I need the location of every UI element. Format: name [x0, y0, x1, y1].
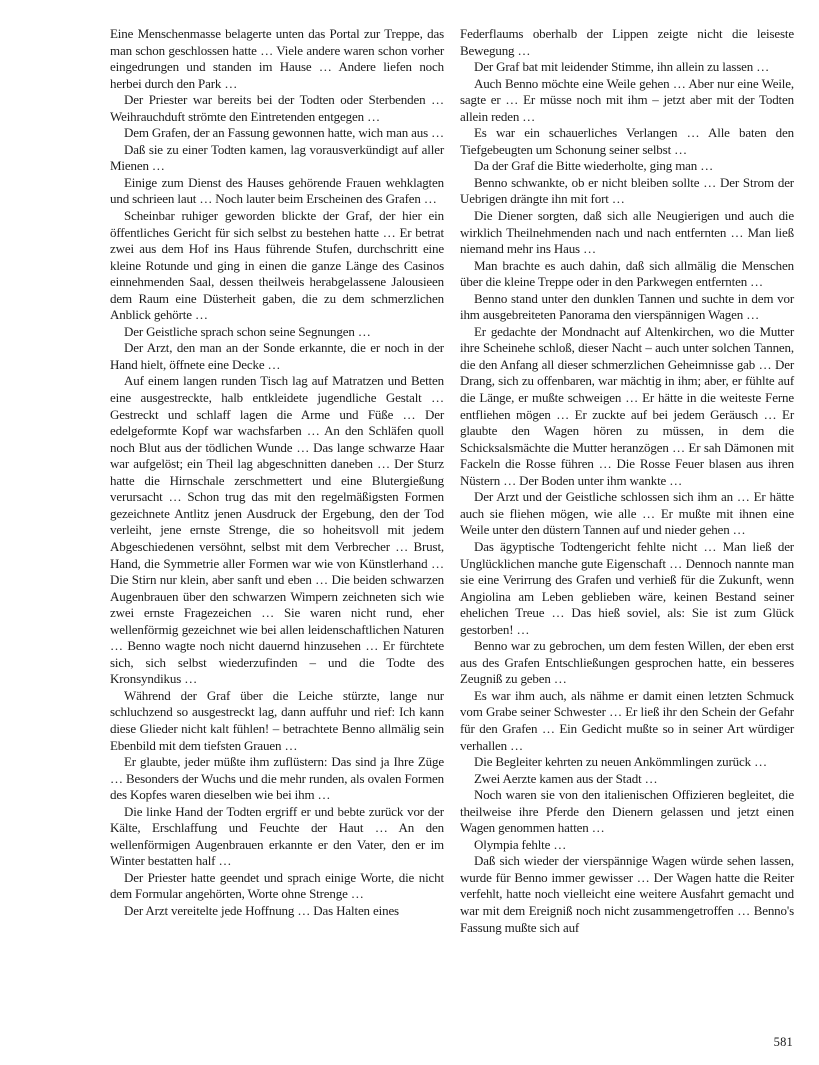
paragraph: Daß sie zu einer Todten kamen, lag vorau… [110, 142, 444, 175]
paragraph: Dem Grafen, der an Fassung gewonnen hatt… [110, 125, 444, 142]
paragraph: Die Begleiter kehrten zu neuen Ankömmlin… [460, 754, 794, 771]
paragraph: Der Priester war bereits bei der Todten … [110, 92, 444, 125]
paragraph: Auch Benno möchte eine Weile gehen … Abe… [460, 76, 794, 126]
paragraph: Benno stand unter den dunklen Tannen und… [460, 291, 794, 324]
paragraph: Der Arzt, den man an der Sonde erkannte,… [110, 340, 444, 373]
paragraph: Scheinbar ruhiger geworden blickte der G… [110, 208, 444, 324]
paragraph: Zwei Aerzte kamen aus der Stadt … [460, 771, 794, 788]
paragraph: Es war ein schauerliches Verlangen … All… [460, 125, 794, 158]
book-page: Eine Menschenmasse belagerte unten das P… [0, 0, 819, 1065]
paragraph: Der Priester hatte geendet und sprach ei… [110, 870, 444, 903]
paragraph: Olympia fehlte … [460, 837, 794, 854]
paragraph: Benno war zu gebrochen, um dem festen Wi… [460, 638, 794, 688]
text-columns: Eine Menschenmasse belagerte unten das P… [110, 26, 794, 936]
paragraph: Er gedachte der Mondnacht auf Altenkirch… [460, 324, 794, 489]
paragraph: Noch waren sie von den italienischen Off… [460, 787, 794, 837]
paragraph: Die Diener sorgten, daß sich alle Neugie… [460, 208, 794, 258]
paragraph: Federflaums oberhalb der Lippen zeigte n… [460, 26, 794, 59]
paragraph: Während der Graf über die Leiche stürzte… [110, 688, 444, 754]
paragraph: Der Arzt und der Geistliche schlossen si… [460, 489, 794, 539]
paragraph: Der Geistliche sprach schon seine Segnun… [110, 324, 444, 341]
paragraph: Der Graf bat mit leidender Stimme, ihn a… [460, 59, 794, 76]
paragraph: Eine Menschenmasse belagerte unten das P… [110, 26, 444, 92]
paragraph: Einige zum Dienst des Hauses gehörende F… [110, 175, 444, 208]
paragraph: Auf einem langen runden Tisch lag auf Ma… [110, 373, 444, 687]
paragraph: Daß sich wieder der vierspännige Wagen w… [460, 853, 794, 936]
paragraph: Er glaubte, jeder müßte ihm zuflüstern: … [110, 754, 444, 804]
text-column-right: Federflaums oberhalb der Lippen zeigte n… [460, 26, 794, 936]
paragraph: Benno schwankte, ob er nicht bleiben sol… [460, 175, 794, 208]
paragraph: Der Arzt vereitelte jede Hoffnung … Das … [110, 903, 444, 920]
text-column-left: Eine Menschenmasse belagerte unten das P… [110, 26, 444, 936]
paragraph: Es war ihm auch, als nähme er damit eine… [460, 688, 794, 754]
paragraph: Da der Graf die Bitte wiederholte, ging … [460, 158, 794, 175]
paragraph: Man brachte es auch dahin, daß sich allm… [460, 258, 794, 291]
paragraph: Die linke Hand der Todten ergriff er und… [110, 804, 444, 870]
page-number: 581 [774, 1035, 793, 1050]
paragraph: Das ägyptische Todtengericht fehlte nich… [460, 539, 794, 638]
